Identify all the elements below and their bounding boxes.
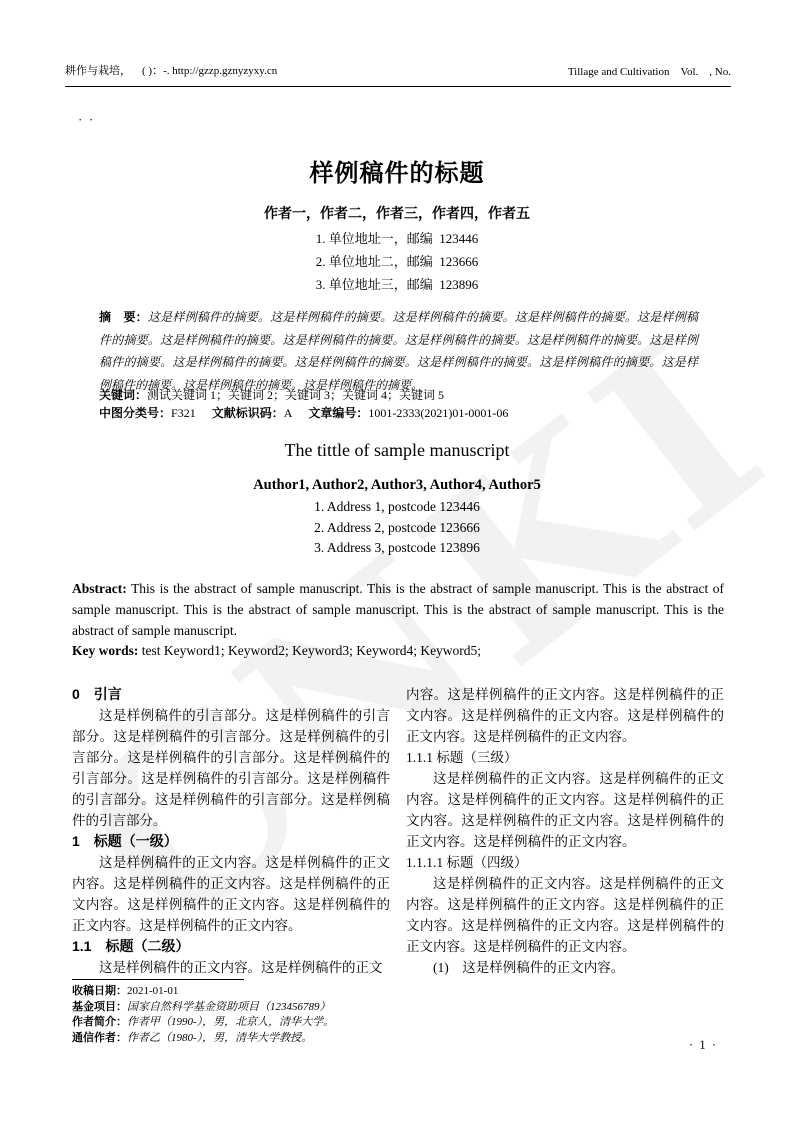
journal-title-en: Tillage and Cultivation Vol. , No. [568,66,731,78]
page-range-dots: · · [78,112,93,128]
footnote-value: 作者乙（1980-），男，清华大学教授。 [127,1032,312,1044]
footnote-label: 作者简介： [72,1016,127,1028]
document-page: CNKI 耕作与栽培， ( )：-. http://gzzp.gznyzyxy.… [0,0,794,1123]
affiliation-line: 1. 单位地址一，邮编 123446 [0,227,794,250]
footnote-corresponding-author: 通信作者：作者乙（1980-），男，清华大学教授。 [72,1031,502,1047]
affiliation-line: 3. Address 3, postcode 123896 [0,538,794,559]
keywords-cn-label: 关键词： [99,388,147,402]
keywords-en-label: Key words: [72,643,138,658]
paragraph-section-1-1-start: 这是样例稿件的正文内容。这是样例稿件的正文 [72,957,390,978]
article-title-en: The tittle of sample manuscript [0,440,794,461]
affiliation-line: 3. 单位地址三，邮编 123896 [0,273,794,296]
paragraph-section-1-1-1: 这是样例稿件的正文内容。这是样例稿件的正文内容。这是样例稿件的正文内容。这是样例… [406,768,724,852]
article-id-value: 1001-2333(2021)01-0001-06 [368,406,508,420]
keywords-en-text: test Keyword1; Keyword2; Keyword3; Keywo… [142,643,481,658]
journal-title-cn: 耕作与栽培， ( )：-. http://gzzp.gznyzyxy.cn [65,62,277,78]
paragraph-section-1-1-cont: 内容。这是样例稿件的正文内容。这是样例稿件的正文内容。这是样例稿件的正文内容。这… [406,684,724,747]
paragraph-section-1: 这是样例稿件的正文内容。这是样例稿件的正文内容。这是样例稿件的正文内容。这是样例… [72,852,390,936]
article-id-label: 文章编号： [308,406,368,420]
doc-code-value: A [284,406,293,420]
section-heading-1-1-1: 1.1.1 标题（三级） [406,747,724,768]
abstract-cn-label: 摘 要： [99,310,148,324]
footnote-divider [72,979,244,980]
section-heading-1-1-1-1: 1.1.1.1 标题（四级） [406,852,724,873]
doc-code-label: 文献标识码： [212,406,284,420]
footnote-value: 2021-01-01 [127,985,178,997]
footnote-author-bio: 作者简介：作者甲（1990-），男，北京人，清华大学。 [72,1015,502,1031]
section-heading-1-1: 1.1 标题（二级） [72,936,390,957]
section-heading-1: 1 标题（一级） [72,831,390,852]
footnote-label: 收稿日期： [72,985,127,997]
footnote-value: 作者甲（1990-），男，北京人，清华大学。 [127,1016,334,1028]
footnote-funding: 基金项目：国家自然科学基金资助项目（123456789） [72,1000,502,1016]
affiliations-en: 1. Address 1, postcode 123446 2. Address… [0,497,794,559]
footnote-received-date: 收稿日期：2021-01-01 [72,984,502,1000]
keywords-en: Key words: test Keyword1; Keyword2; Keyw… [72,643,724,659]
body-column-right: 内容。这是样例稿件的正文内容。这是样例稿件的正文内容。这是样例稿件的正文内容。这… [406,684,724,978]
abstract-en-text: This is the abstract of sample manuscrip… [72,581,724,638]
body-columns: 0 引言 这是样例稿件的引言部分。这是样例稿件的引言部分。这是样例稿件的引言部分… [72,684,724,978]
footnote-value: 国家自然科学基金资助项目（123456789） [127,1001,331,1013]
affiliation-line: 2. Address 2, postcode 123666 [0,518,794,539]
affiliation-line: 1. Address 1, postcode 123446 [0,497,794,518]
authors-en: Author1, Author2, Author3, Author4, Auth… [0,477,794,494]
abstract-cn: 摘 要：这是样例稿件的摘要。这是样例稿件的摘要。这是样例稿件的摘要。这是样例稿件… [99,306,698,396]
classification-line: 中图分类号：F321文献标识码：A文章编号：1001-2333(2021)01-… [99,404,698,421]
body-column-left: 0 引言 这是样例稿件的引言部分。这是样例稿件的引言部分。这是样例稿件的引言部分… [72,684,390,978]
affiliation-line: 2. 单位地址二，邮编 123666 [0,250,794,273]
section-heading-intro: 0 引言 [72,684,390,705]
article-title-cn: 样例稿件的标题 [0,153,794,188]
keywords-cn-text: 测试关键词 1；关键词 2；关键词 3；关键词 4；关键词 5 [147,388,444,402]
affiliations-cn: 1. 单位地址一，邮编 123446 2. 单位地址二，邮编 123666 3.… [0,227,794,296]
footnote-label: 基金项目： [72,1001,127,1013]
paragraph-section-1-1-1-1: 这是样例稿件的正文内容。这是样例稿件的正文内容。这是样例稿件的正文内容。这是样例… [406,873,724,957]
paragraph-intro: 这是样例稿件的引言部分。这是样例稿件的引言部分。这是样例稿件的引言部分。这是样例… [72,705,390,831]
footnote-label: 通信作者： [72,1032,127,1044]
clc-value: F321 [171,406,196,420]
journal-header: 耕作与栽培， ( )：-. http://gzzp.gznyzyxy.cn Ti… [65,62,731,87]
abstract-en: Abstract: This is the abstract of sample… [72,578,724,641]
numbered-list-item: (1) 这是样例稿件的正文内容。 [406,957,724,978]
abstract-cn-text: 这是样例稿件的摘要。这是样例稿件的摘要。这是样例稿件的摘要。这是样例稿件的摘要。… [99,310,698,392]
clc-label: 中图分类号： [99,406,171,420]
page-number: · 1 · [689,1038,716,1053]
keywords-cn: 关键词：测试关键词 1；关键词 2；关键词 3；关键词 4；关键词 5 [99,386,698,403]
footnote-block: 收稿日期：2021-01-01 基金项目：国家自然科学基金资助项目（123456… [72,979,502,1046]
authors-cn: 作者一，作者二，作者三，作者四，作者五 [0,203,794,223]
abstract-en-label: Abstract: [72,581,127,596]
